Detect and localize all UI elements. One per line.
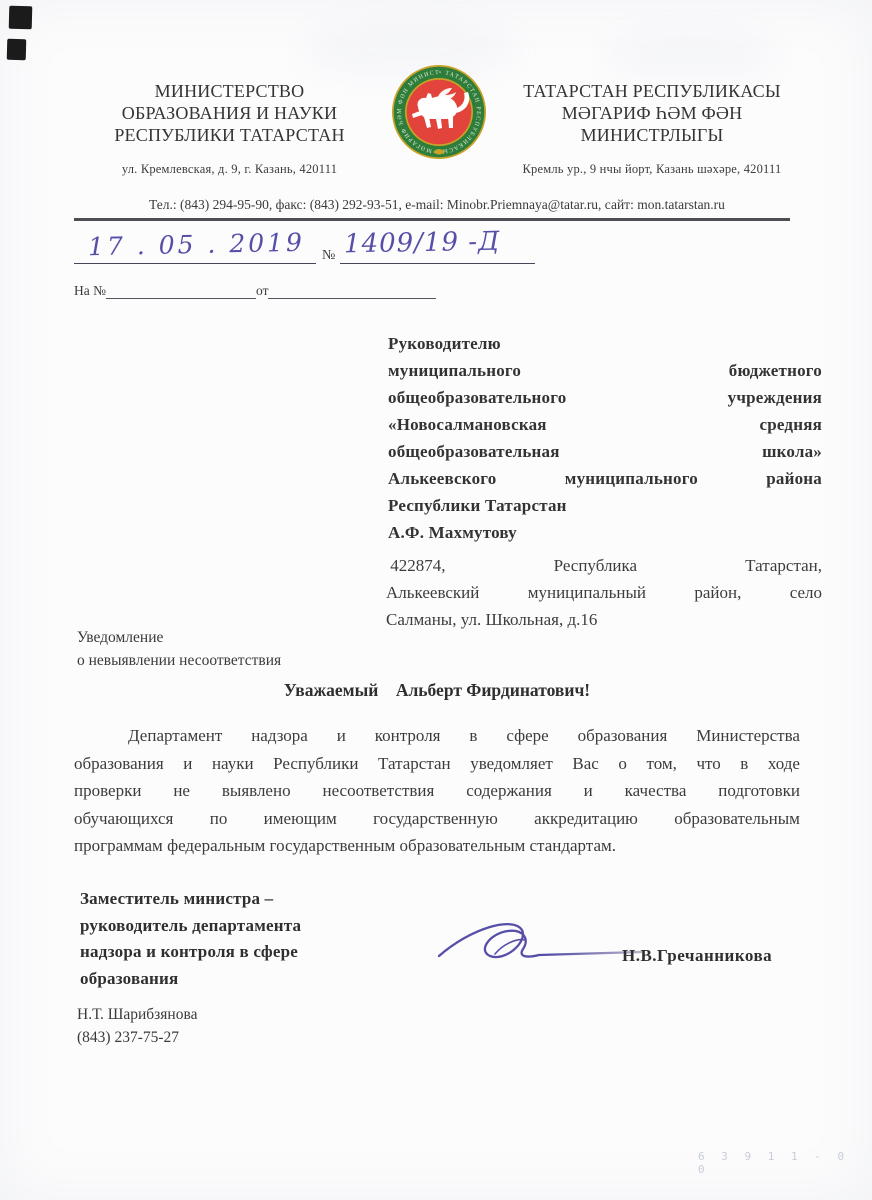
text-segment: по — [210, 805, 228, 833]
org-name-line: МӘГАРИФ ҺӘМ ФӘН — [484, 102, 820, 124]
executor-name: Н.Т. Шарибзянова — [77, 1003, 197, 1026]
text-segment: программам федеральным государственным о… — [74, 832, 616, 860]
org-name-line: МИНИСТРЛЫГЫ — [484, 124, 820, 146]
text-segment: ходе — [768, 750, 800, 778]
text-segment: района — [766, 465, 822, 492]
text-line: Республики Татарстан — [388, 492, 822, 519]
text-segment: Алькеевский — [386, 579, 479, 606]
text-segment: образования — [578, 722, 668, 750]
reply-from-label: от — [256, 283, 268, 299]
notice-line: Уведомление — [77, 626, 281, 649]
text-segment: имеющим — [264, 805, 337, 833]
reply-date-blank — [268, 284, 436, 299]
text-line: Алькеевскиймуниципальныйрайон,село — [386, 579, 822, 606]
text-segment: Республика — [554, 552, 637, 579]
text-segment: в — [469, 722, 477, 750]
text-segment: контроля — [375, 722, 441, 750]
text-segment: Вас — [572, 750, 598, 778]
text-segment: сфере — [506, 722, 548, 750]
text-segment: государственную — [373, 805, 498, 833]
tatarstan-emblem: • ТАТАРСТАН РЕСПУБЛИКАСЫ • МӘГАРИФ ҺӘМ Ф… — [391, 64, 487, 160]
org-name-line: ТАТАРСТАН РЕСПУБЛИКАСЫ — [484, 80, 820, 102]
reply-prefix-label: На № — [74, 283, 106, 299]
number-sign-label: № — [322, 248, 335, 264]
text-line: 422874,РеспубликаТатарстан, — [386, 552, 822, 579]
text-segment: средняя — [759, 411, 822, 438]
text-segment: общеобразовательная — [388, 438, 560, 465]
coat-of-arms-icon: • ТАТАРСТАН РЕСПУБЛИКАСЫ • МӘГАРИФ ҺӘМ Ф… — [391, 64, 487, 160]
text-segment: подготовки — [718, 777, 800, 805]
text-segment: Салманы, ул. Школьная, д.16 — [386, 606, 597, 633]
text-segment: Республики Татарстан — [388, 492, 567, 519]
text-segment: и — [183, 750, 192, 778]
text-segment: Алькеевского — [388, 465, 496, 492]
org-name-line: РЕСПУБЛИКИ ТАТАРСТАН — [72, 124, 387, 146]
scan-corner-mark — [9, 6, 33, 30]
text-segment: Татарстан, — [745, 552, 822, 579]
text-segment: в — [740, 750, 748, 778]
text-segment: выявлено — [222, 777, 291, 805]
text-line: «Новосалмановскаясредняя — [388, 411, 822, 438]
text-line: образования — [80, 966, 400, 993]
scan-corner-mark — [7, 39, 27, 60]
letterhead-russian-block: МИНИСТЕРСТВО ОБРАЗОВАНИЯ И НАУКИ РЕСПУБЛ… — [72, 80, 387, 180]
scan-smudge — [600, 30, 780, 80]
text-line: муниципальногобюджетного — [388, 357, 822, 384]
notice-line: о невыявлении несоответствия — [77, 649, 281, 672]
contact-line: Тел.: (843) 294-95-90, факс: (843) 292-9… — [74, 197, 800, 213]
text-segment: науки — [212, 750, 254, 778]
text-segment: образования — [80, 966, 178, 993]
text-line: проверкиневыявленонесоответствиясодержан… — [74, 777, 800, 805]
org-name-line: ОБРАЗОВАНИЯ И НАУКИ — [72, 102, 387, 124]
signatory-title-block: Заместитель министра –руководитель депар… — [80, 886, 400, 992]
text-segment: муниципальный — [528, 579, 646, 606]
letterhead-tatar-block: ТАТАРСТАН РЕСПУБЛИКАСЫ МӘГАРИФ ҺӘМ ФӘН М… — [484, 80, 820, 180]
body-paragraph: Департаментнадзораиконтролявсфереобразов… — [74, 722, 800, 860]
text-segment: Заместитель министра – — [80, 886, 273, 913]
text-segment: несоответствия — [322, 777, 434, 805]
text-segment: учреждения — [728, 384, 822, 411]
text-segment: не — [173, 777, 190, 805]
text-segment: бюджетного — [729, 357, 822, 384]
text-segment: село — [790, 579, 822, 606]
salutation: Уважаемый Альберт Фирдинатович! — [74, 680, 800, 701]
text-segment: качества — [625, 777, 687, 805]
faint-print-code: 6 3 9 1 1 - 0 0 — [698, 1150, 872, 1176]
text-segment: 422874, — [386, 552, 446, 579]
signatory-name: Н.В.Гречанникова — [622, 946, 772, 966]
text-segment: Республики — [273, 750, 358, 778]
text-segment: Департамент — [128, 722, 222, 750]
text-segment: «Новосалмановская — [388, 411, 547, 438]
text-line: руководитель департамента — [80, 913, 400, 940]
text-segment: том, — [646, 750, 676, 778]
executor-block: Н.Т. Шарибзянова (843) 237-75-27 — [77, 1003, 197, 1049]
text-segment: аккредитацию — [534, 805, 638, 833]
text-segment: руководитель департамента — [80, 913, 301, 940]
text-segment: Татарстан — [378, 750, 451, 778]
text-segment: что — [696, 750, 720, 778]
text-line: программам федеральным государственным о… — [74, 832, 800, 860]
text-segment: школа» — [762, 438, 822, 465]
text-line: общеобразовательногоучреждения — [388, 384, 822, 411]
text-segment: проверки — [74, 777, 141, 805]
text-segment: муниципального — [388, 357, 521, 384]
date-blank-line — [74, 233, 316, 264]
notice-block: Уведомление о невыявлении несоответствия — [77, 626, 281, 672]
text-segment: уведомляет — [470, 750, 553, 778]
text-segment: муниципального — [565, 465, 698, 492]
text-segment: содержания — [466, 777, 552, 805]
text-line: Алькеевскогомуниципальногорайона — [388, 465, 822, 492]
text-line: надзора и контроля в сфере — [80, 939, 400, 966]
handwritten-signature — [433, 910, 648, 978]
recipient-block: Руководителюмуниципальногобюджетногообще… — [388, 330, 822, 546]
text-line: Заместитель министра – — [80, 886, 400, 913]
recipient-address-block: 422874,РеспубликаТатарстан,Алькеевскийму… — [386, 552, 822, 633]
text-segment: Руководителю — [388, 330, 501, 357]
text-line: общеобразовательнаяшкола» — [388, 438, 822, 465]
text-segment: Министерства — [696, 722, 800, 750]
executor-phone: (843) 237-75-27 — [77, 1026, 197, 1049]
text-line: обучающихсяпоимеющимгосударственнуюаккре… — [74, 805, 800, 833]
text-segment: А.Ф. Махмутову — [388, 519, 517, 546]
reply-reference-row: На № от — [74, 283, 436, 299]
text-segment: образования — [74, 750, 164, 778]
org-name-line: МИНИСТЕРСТВО — [72, 80, 387, 102]
text-segment: образовательным — [674, 805, 800, 833]
text-line: А.Ф. Махмутову — [388, 519, 822, 546]
text-segment: надзора — [251, 722, 308, 750]
text-line: Департаментнадзораиконтролявсфереобразов… — [74, 722, 800, 750]
reply-number-blank — [106, 284, 256, 299]
text-line: Салманы, ул. Школьная, д.16 — [386, 606, 822, 633]
text-segment: район, — [694, 579, 741, 606]
text-segment: о — [618, 750, 627, 778]
org-address: Кремль ур., 9 нчы йорт, Казань шәхәре, 4… — [484, 158, 820, 180]
text-line: Руководителю — [388, 330, 822, 357]
signature-stroke-icon — [433, 910, 648, 978]
text-segment: надзора и контроля в сфере — [80, 939, 298, 966]
text-line: образованияинаукиРеспубликиТатарстанувед… — [74, 750, 800, 778]
text-segment: общеобразовательного — [388, 384, 566, 411]
org-address: ул. Кремлевская, д. 9, г. Казань, 420111 — [72, 158, 387, 180]
text-segment: обучающихся — [74, 805, 173, 833]
letterhead-divider — [74, 218, 790, 221]
scanned-letter-page: МИНИСТЕРСТВО ОБРАЗОВАНИЯ И НАУКИ РЕСПУБЛ… — [0, 0, 872, 1200]
number-blank-line — [340, 233, 535, 264]
text-segment: и — [337, 722, 346, 750]
text-segment: и — [584, 777, 593, 805]
